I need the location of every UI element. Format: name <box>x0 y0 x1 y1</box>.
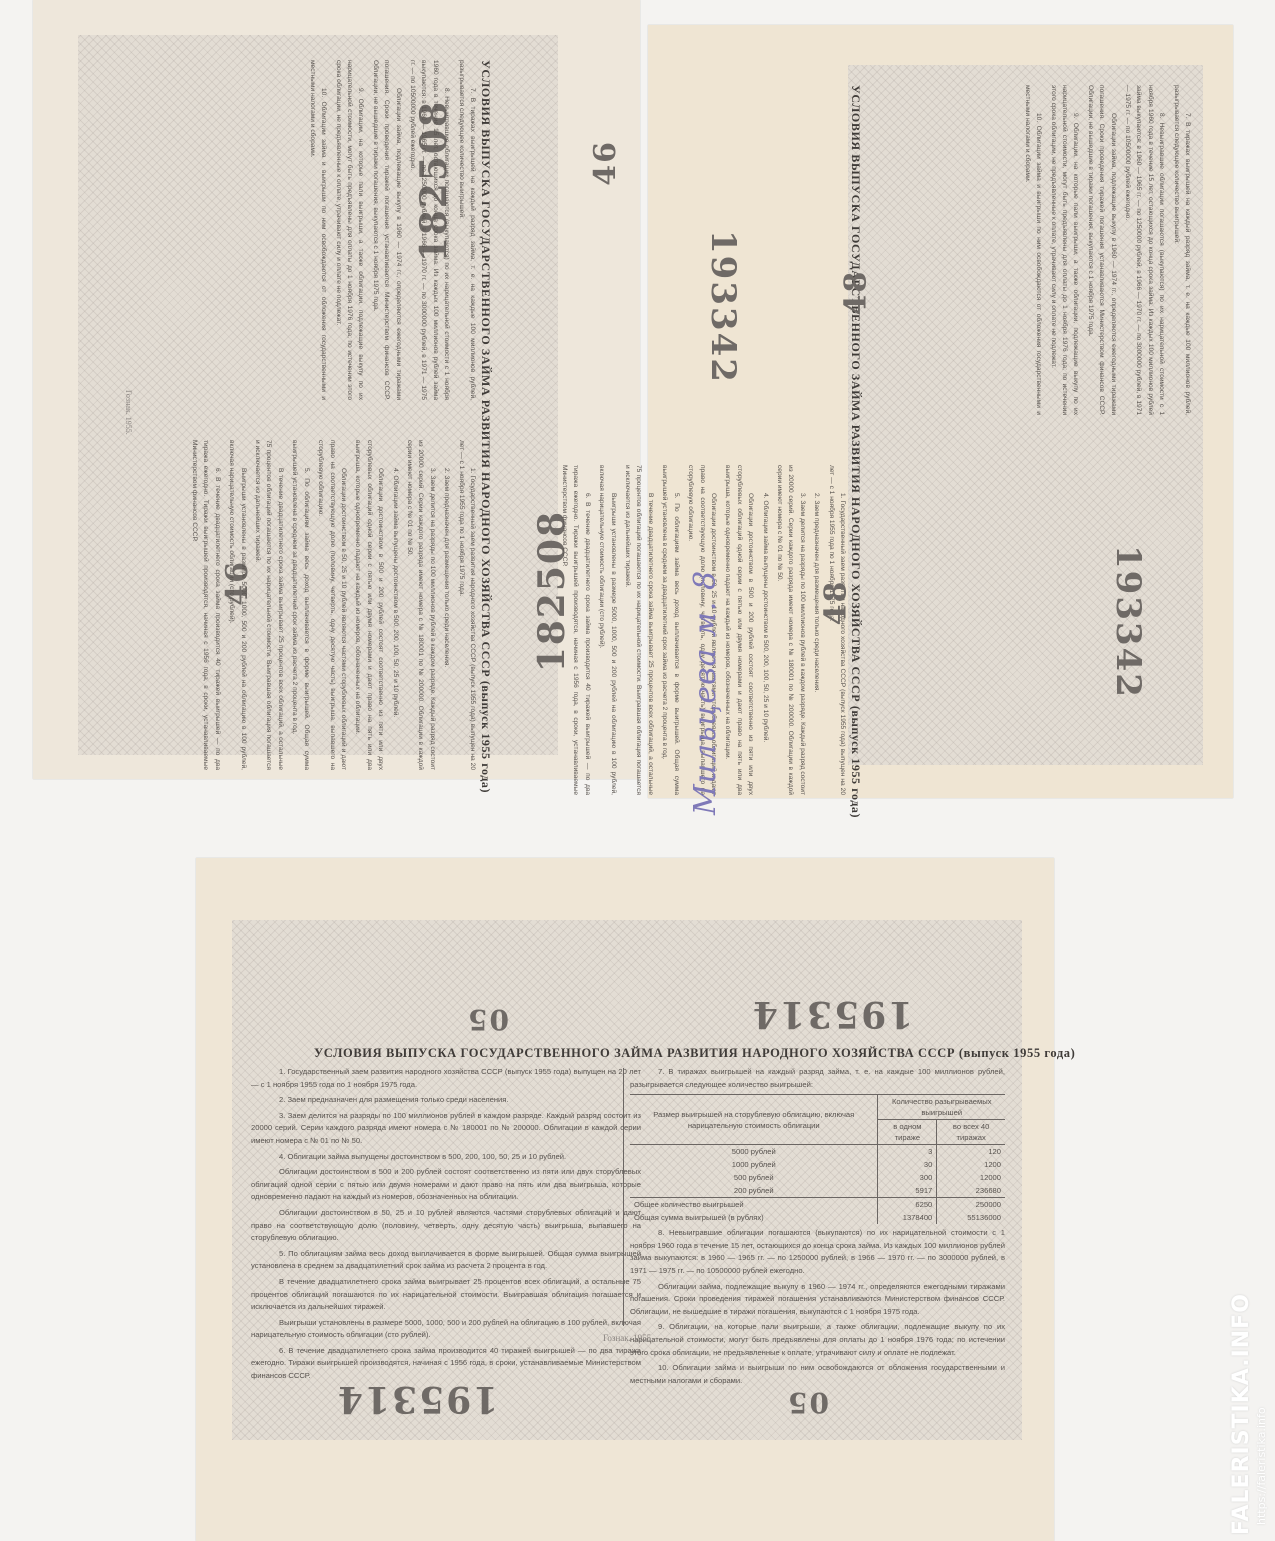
prize-table-head-one-draw: в одном тираже <box>878 1120 937 1145</box>
printer-mark: Гознак. 1955. <box>124 390 133 435</box>
paragraph-2: 2. Заем предназначен для размещения толь… <box>251 1094 641 1107</box>
paragraph-6: 6. В течение двадцатилетнего срока займа… <box>251 1345 641 1383</box>
series-number-bottom: 46 <box>588 140 623 186</box>
watermark-brand: FALERISTIKA.INFO <box>1229 1293 1254 1535</box>
series-number-bottom: 48 <box>818 580 853 626</box>
paragraph-8a: Облигации займа, подлежащие выкупу в 196… <box>630 1281 1005 1319</box>
table-total-row: Общая сумма выигрышей (в рублях) 1378400… <box>630 1211 1005 1224</box>
table-row: 5000 рублей 3 120 <box>630 1145 1005 1159</box>
conditions-title: УСЛОВИЯ ВЫПУСКА ГОСУДАРСТВЕННОГО ЗАЙМА Р… <box>848 85 863 818</box>
paragraph-4: 4. Облигации займа выпущены достоинством… <box>251 1151 641 1164</box>
series-number-bottom: 05 <box>786 1386 829 1419</box>
prize-table-head-amount: Размер выигрышей на сторублевую облигаци… <box>630 1095 878 1145</box>
bond-top-left: 182508 46 46 182508 УСЛОВИЯ ВЫПУСКА ГОСУ… <box>33 0 640 779</box>
handwritten-note: Мильцева м. 8 <box>688 570 723 815</box>
paragraph-3: 3. Заем делится на разряды по 100 миллио… <box>251 1110 641 1148</box>
serial-number: 193342 <box>703 230 743 384</box>
paragraph-10: 10. Облигации займа и выигрыши по ним ос… <box>630 1362 1005 1387</box>
series-number-top: 05 <box>466 1003 509 1036</box>
conditions-title: УСЛОВИЯ ВЫПУСКА ГОСУДАРСТВЕННОГО ЗАЙМА Р… <box>314 1046 1075 1061</box>
table-total-row: Общее количество выигрышей 6250 250000 <box>630 1198 1005 1212</box>
table-row: 500 рублей 300 12000 <box>630 1171 1005 1184</box>
paragraph-1: 1. Государственный заем развития народно… <box>251 1066 641 1091</box>
column-divider <box>623 1068 624 1326</box>
paragraph-5a: В течение двадцатилетнего срока займа вы… <box>251 1276 641 1314</box>
series-number: 48 <box>838 270 873 316</box>
paragraph-8: 8. Невыигравшие облигации погашаются (вы… <box>630 1227 1005 1277</box>
serial-number-bottom: 195314 <box>336 1378 498 1420</box>
table-row: 200 рублей 5917 236680 <box>630 1184 1005 1198</box>
conditions-right-column: 7. В тиражах выигрышей на каждый разряд … <box>303 60 478 400</box>
paragraph-5b: Выигрыши установлены в размере 5000, 100… <box>251 1317 641 1342</box>
conditions-left-column: 1. Государственный заем развития народно… <box>186 440 478 770</box>
table-row: 1000 рублей 30 1200 <box>630 1158 1005 1171</box>
site-watermark: FALERISTIKA.INFO https://faleristika.inf… <box>1227 1355 1271 1535</box>
serial-number-top: 195314 <box>751 993 913 1035</box>
prize-table-head-count: Количество разыгрываемых выигрышей <box>878 1095 1005 1120</box>
prize-table: Размер выигрышей на сторублевую облигаци… <box>630 1094 1005 1224</box>
paragraph-4a: Облигации достоинством в 500 и 200 рубле… <box>251 1166 641 1204</box>
bond-top-right: УСЛОВИЯ ВЫПУСКА ГОСУДАРСТВЕННОГО ЗАЙМА Р… <box>648 25 1233 798</box>
paragraph-7: 7. В тиражах выигрышей на каждый разряд … <box>630 1066 1005 1091</box>
conditions-right-column: 7. В тиражах выигрышей на каждый разряд … <box>630 1066 1005 1390</box>
paragraph-4b: Облигации достоинством в 50, 25 и 10 руб… <box>251 1207 641 1245</box>
conditions-title: УСЛОВИЯ ВЫПУСКА ГОСУДАРСТВЕННОГО ЗАЙМА Р… <box>478 60 493 793</box>
paragraph-9: 9. Облигации, на которые пали выигрыши, … <box>630 1321 1005 1359</box>
conditions-right-column: 7. В тиражах выигрышей на каждый разряд … <box>1018 85 1193 415</box>
watermark-url: https://faleristika.info <box>1255 1407 1268 1525</box>
conditions-left-column: 1. Государственный заем развития народно… <box>251 1066 641 1386</box>
serial-number-bottom: 193342 <box>1108 545 1148 699</box>
printer-mark: Гознак. 1955. <box>603 1333 653 1343</box>
bond-bottom: 05 195314 УСЛОВИЯ ВЫПУСКА ГОСУДАРСТВЕННО… <box>196 858 1054 1541</box>
paragraph-5: 5. По облигациям займа весь доход выплач… <box>251 1248 641 1273</box>
prize-table-head-all-draws: во всех 40 тиражах <box>937 1120 1005 1145</box>
